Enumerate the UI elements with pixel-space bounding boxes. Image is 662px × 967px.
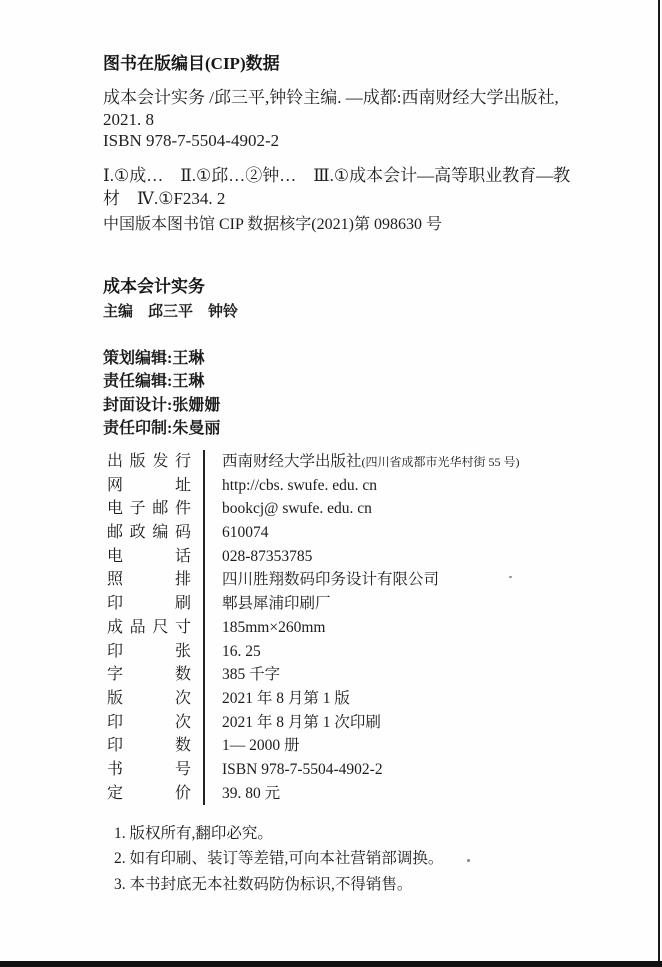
cip-section: 图书在版编目(CIP)数据 成本会计实务 /邱三平,钟铃主编. —成都:西南财经…	[103, 54, 573, 234]
note-line: 2. 如有印刷、装订等差错,可向本社营销部调换。	[114, 846, 443, 871]
colophon-row: 版次 2021 年 8 月第 1 版	[107, 687, 555, 711]
colophon-value-cell: 185mm×260mm	[203, 616, 555, 640]
colophon-value-cell: ISBN 978-7-5504-4902-2	[203, 758, 555, 782]
book-byline: 主编 邱三平 钟铃	[103, 302, 238, 322]
legal-notes-section: 1. 版权所有,翻印必究。 2. 如有印刷、装订等差错,可向本社营销部调换。 3…	[114, 821, 443, 897]
colophon-label: 电话	[107, 545, 191, 569]
colophon-value: ISBN 978-7-5504-4902-2	[222, 761, 383, 778]
cip-entry: 成本会计实务 /邱三平,钟铃主编. —成都:西南财经大学出版社, 2021. 8…	[103, 87, 573, 152]
colophon-value: 2021 年 8 月第 1 次印刷	[222, 714, 381, 731]
staff-line: 责任印制:朱曼丽	[103, 417, 220, 440]
staff-credits-section: 策划编辑:王琳 责任编辑:王琳 封面设计:张姗姗 责任印制:朱曼丽	[103, 347, 220, 441]
colophon-value-cell: http://cbs. swufe. edu. cn	[203, 474, 555, 498]
colophon-table: 出版发行 西南财经大学出版社(四川省成都市光华村街 55 号) 网址 http:…	[107, 450, 555, 805]
book-title: 成本会计实务	[103, 277, 238, 297]
colophon-value-cell: 四川胜翔数码印务设计有限公司	[203, 568, 555, 592]
colophon-row: 邮政编码 610074	[107, 521, 555, 545]
colophon-label: 印数	[107, 734, 191, 758]
colophon-value-cell: 39. 80 元	[203, 782, 555, 806]
colophon-value: 028-87353785	[222, 548, 312, 565]
colophon-value: 610074	[222, 524, 269, 541]
scan-bottom-edge	[0, 961, 662, 967]
colophon-label: 照排	[107, 568, 191, 592]
colophon-row: 电子邮件 bookcj@ swufe. edu. cn	[107, 497, 555, 521]
colophon-label: 字数	[107, 663, 191, 687]
colophon-row: 成品尺寸 185mm×260mm	[107, 616, 555, 640]
cip-registry-notice: 中国版本图书馆 CIP 数据核字(2021)第 098630 号	[103, 216, 573, 234]
colophon-row: 照排 四川胜翔数码印务设计有限公司	[107, 568, 555, 592]
colophon-value-cell: 028-87353785	[203, 545, 555, 569]
colophon-label: 定价	[107, 782, 191, 806]
colophon-row: 印刷 郫县犀浦印刷厂	[107, 592, 555, 616]
colophon-value: 西南财经大学出版社	[222, 453, 362, 470]
colophon-value: 185mm×260mm	[222, 619, 325, 636]
colophon-row: 印数 1— 2000 册	[107, 734, 555, 758]
colophon-label: 电子邮件	[107, 497, 191, 521]
scan-right-edge	[658, 0, 660, 967]
colophon-value: 郫县犀浦印刷厂	[222, 595, 331, 612]
colophon-row: 电话 028-87353785	[107, 545, 555, 569]
colophon-value-cell: 16. 25	[203, 640, 555, 664]
colophon-value-cell: bookcj@ swufe. edu. cn	[203, 497, 555, 521]
colophon-label: 网址	[107, 474, 191, 498]
cip-class-line: 材 Ⅳ.①F234. 2	[103, 187, 573, 210]
colophon-label: 书号	[107, 758, 191, 782]
colophon-value: 385 千字	[222, 666, 280, 683]
note-line: 3. 本书封底无本社数码防伪标识,不得销售。	[114, 872, 443, 897]
colophon-row: 网址 http://cbs. swufe. edu. cn	[107, 474, 555, 498]
book-title-section: 成本会计实务 主编 邱三平 钟铃	[103, 277, 238, 322]
cip-entry-line: 2021. 8	[103, 109, 573, 131]
staff-line: 封面设计:张姗姗	[103, 394, 220, 417]
colophon-value: 1— 2000 册	[222, 737, 300, 754]
colophon-note: (四川省成都市光华村街 55 号)	[362, 455, 520, 469]
colophon-value: 39. 80 元	[222, 785, 280, 802]
colophon-row: 出版发行 西南财经大学出版社(四川省成都市光华村街 55 号)	[107, 450, 555, 474]
colophon-label: 成品尺寸	[107, 616, 191, 640]
colophon-label: 印刷	[107, 592, 191, 616]
scan-speck	[509, 576, 512, 578]
colophon-value-cell: 1— 2000 册	[203, 734, 555, 758]
colophon-label: 出版发行	[107, 450, 191, 474]
colophon-value: http://cbs. swufe. edu. cn	[222, 477, 377, 494]
colophon-value-cell: 郫县犀浦印刷厂	[203, 592, 555, 616]
scan-speck	[467, 859, 470, 862]
colophon-row: 印张 16. 25	[107, 640, 555, 664]
colophon-label: 印次	[107, 711, 191, 735]
note-line: 1. 版权所有,翻印必究。	[114, 821, 443, 846]
colophon-row: 印次 2021 年 8 月第 1 次印刷	[107, 711, 555, 735]
cip-classification: Ⅰ.①成… Ⅱ.①邱…②钟… Ⅲ.①成本会计—高等职业教育—教 材 Ⅳ.①F23…	[103, 164, 573, 210]
cip-class-line: Ⅰ.①成… Ⅱ.①邱…②钟… Ⅲ.①成本会计—高等职业教育—教	[103, 164, 573, 187]
colophon-value-cell: 610074	[203, 521, 555, 545]
colophon-value: 四川胜翔数码印务设计有限公司	[222, 571, 439, 588]
colophon-row: 书号 ISBN 978-7-5504-4902-2	[107, 758, 555, 782]
book-copyright-page: 图书在版编目(CIP)数据 成本会计实务 /邱三平,钟铃主编. —成都:西南财经…	[0, 0, 662, 967]
staff-line: 策划编辑:王琳	[103, 347, 220, 370]
staff-line: 责任编辑:王琳	[103, 370, 220, 393]
colophon-row: 定价 39. 80 元	[107, 782, 555, 806]
colophon-row: 字数 385 千字	[107, 663, 555, 687]
colophon-label: 印张	[107, 640, 191, 664]
colophon-value-cell: 2021 年 8 月第 1 版	[203, 687, 555, 711]
cip-entry-line: 成本会计实务 /邱三平,钟铃主编. —成都:西南财经大学出版社,	[103, 87, 573, 109]
colophon-label: 邮政编码	[107, 521, 191, 545]
cip-heading: 图书在版编目(CIP)数据	[103, 54, 573, 74]
colophon-value-cell: 385 千字	[203, 663, 555, 687]
colophon-value: 2021 年 8 月第 1 版	[222, 690, 350, 707]
colophon-value-cell: 2021 年 8 月第 1 次印刷	[203, 711, 555, 735]
colophon-label: 版次	[107, 687, 191, 711]
cip-isbn-line: ISBN 978-7-5504-4902-2	[103, 130, 573, 152]
colophon-value: 16. 25	[222, 643, 261, 660]
colophon-value-cell: 西南财经大学出版社(四川省成都市光华村街 55 号)	[203, 450, 555, 474]
colophon-value: bookcj@ swufe. edu. cn	[222, 500, 372, 517]
